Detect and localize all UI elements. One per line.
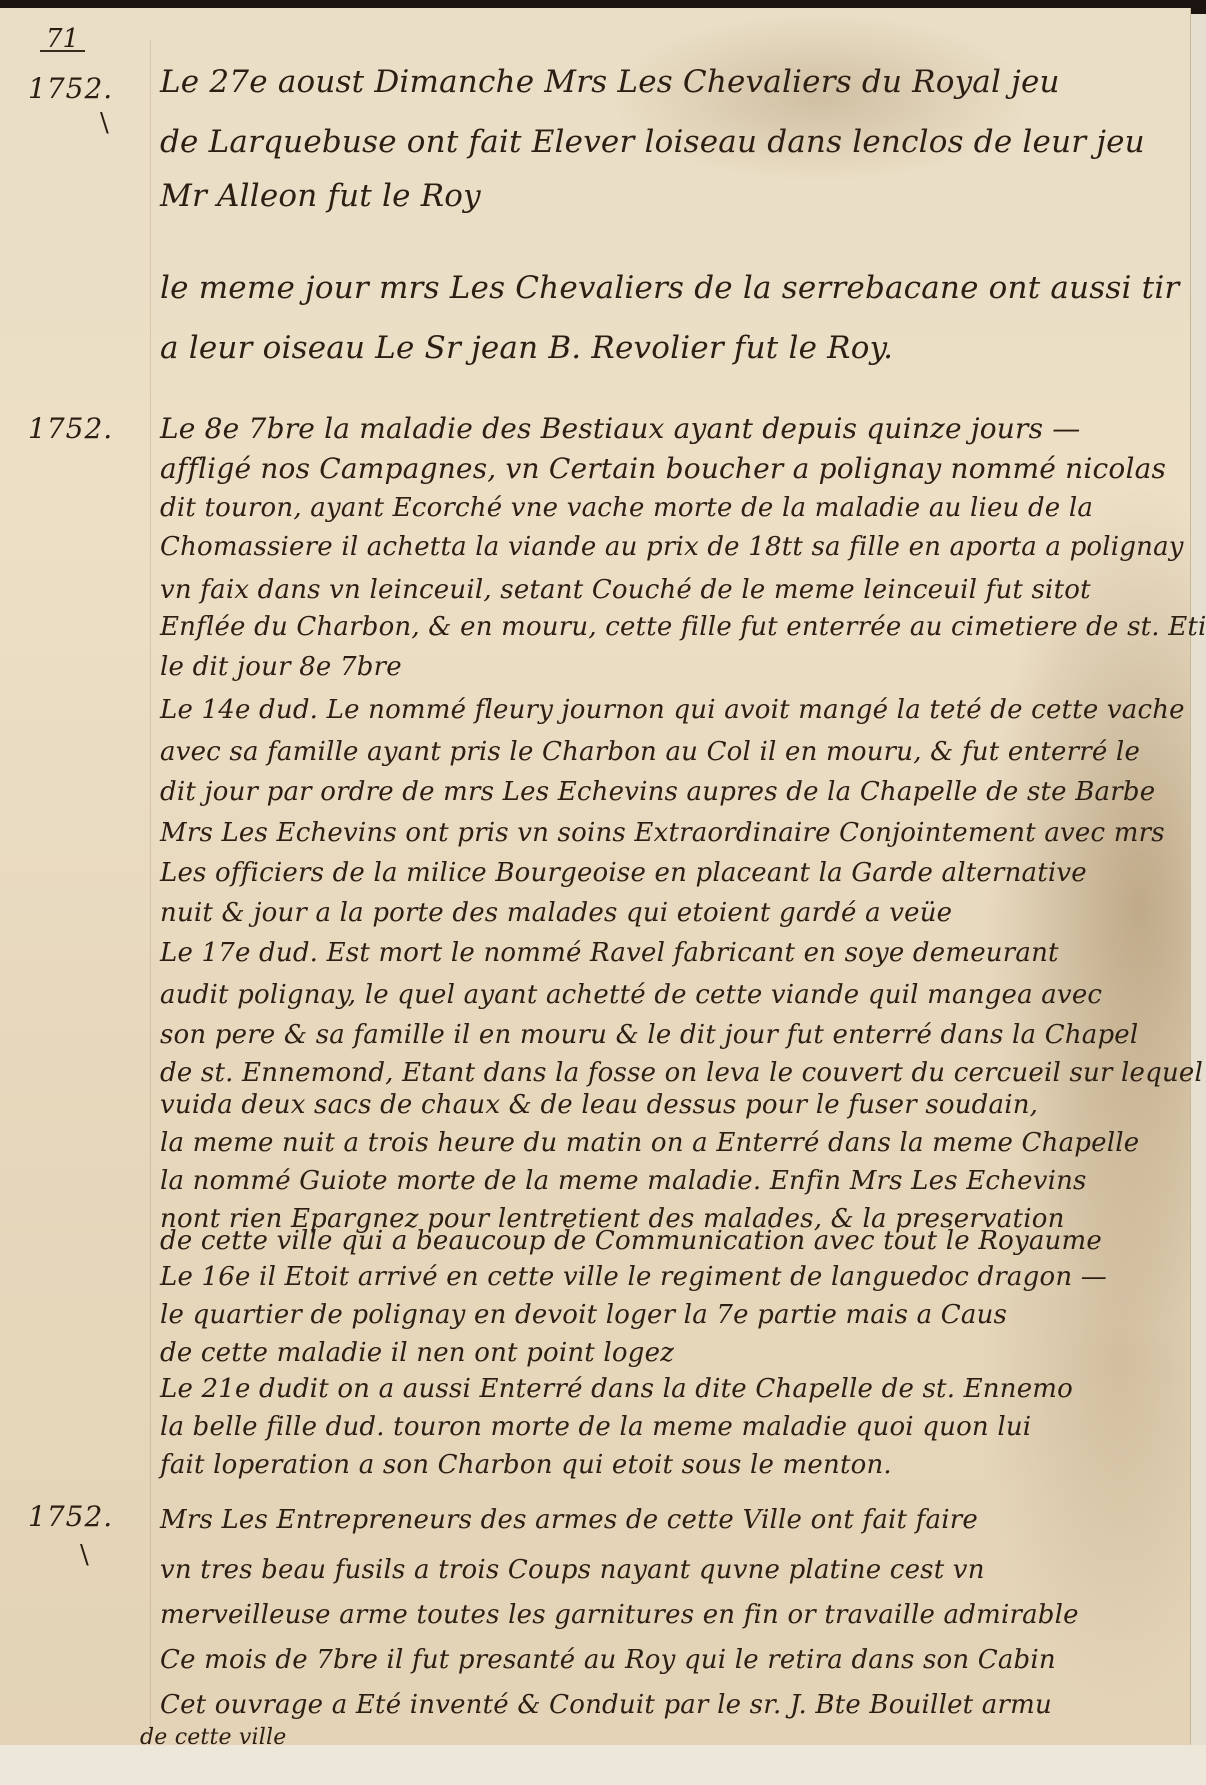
scan-bottom-background bbox=[0, 1745, 1206, 1785]
entry-line: de Larquebuse ont fait Elever loiseau da… bbox=[160, 124, 1145, 160]
entry-line: Enflée du Charbon, & en mouru, cette fil… bbox=[160, 612, 1206, 642]
entry-line: Cet ouvrage a Eté inventé & Conduit par … bbox=[160, 1690, 1052, 1720]
entry-line: Le 21e dudit on a aussi Enterré dans la … bbox=[160, 1374, 1073, 1404]
entry-line: merveilleuse arme toutes les garnitures … bbox=[160, 1600, 1079, 1630]
entry-line: Mrs Les Echevins ont pris vn soins Extra… bbox=[160, 818, 1165, 848]
entry-line: Les officiers de la milice Bourgeoise en… bbox=[160, 858, 1087, 888]
entry-line: de st. Ennemond, Etant dans la fosse on … bbox=[160, 1058, 1203, 1088]
entry-line: Chomassiere il achetta la viande au prix… bbox=[160, 532, 1184, 562]
entry-line: avec sa famille ayant pris le Charbon au… bbox=[160, 737, 1140, 767]
entry-line: Le 16e il Etoit arrivé en cette ville le… bbox=[160, 1262, 1107, 1292]
entry-line: de cette maladie il nen ont point logez bbox=[160, 1338, 674, 1368]
entry-year: 1752. bbox=[28, 1500, 113, 1533]
margin-tick-mark: \ bbox=[80, 1540, 89, 1570]
entry-line: Mrs Les Entrepreneurs des armes de cette… bbox=[160, 1505, 978, 1535]
entry-line: de cette ville bbox=[140, 1725, 287, 1750]
entry-line: de cette ville qui a beaucoup de Communi… bbox=[160, 1226, 1102, 1256]
entry-line: son pere & sa famille il en mouru & le d… bbox=[160, 1020, 1138, 1050]
entry-year: 1752. bbox=[28, 412, 113, 445]
entry-line: nuit & jour a la porte des malades qui e… bbox=[160, 898, 952, 928]
entry-line: Ce mois de 7bre il fut presanté au Roy q… bbox=[160, 1645, 1056, 1675]
entry-line: Le 17e dud. Est mort le nommé Ravel fabr… bbox=[160, 938, 1059, 968]
entry-line: la belle fille dud. touron morte de la m… bbox=[160, 1412, 1031, 1442]
entry-line: la meme nuit a trois heure du matin on a… bbox=[160, 1128, 1139, 1158]
entry-line: vn faix dans vn leinceuil, setant Couché… bbox=[160, 575, 1091, 605]
folio-number: 71 bbox=[40, 28, 85, 52]
entry-line: dit touron, ayant Ecorché vne vache mort… bbox=[160, 493, 1093, 523]
entry-line: le dit jour 8e 7bre bbox=[160, 652, 402, 682]
entry-line: affligé nos Campagnes, vn Certain bouche… bbox=[160, 452, 1166, 485]
entry-line: fait loperation a son Charbon qui etoit … bbox=[160, 1450, 892, 1480]
margin-tick-mark: \ bbox=[100, 108, 109, 138]
entry-line: la nommé Guiote morte de la meme maladie… bbox=[160, 1166, 1087, 1196]
entry-line: Le 27e aoust Dimanche Mrs Les Chevaliers… bbox=[160, 64, 1060, 100]
entry-line: vuida deux sacs de chaux & de leau dessu… bbox=[160, 1090, 1038, 1120]
entry-year: 1752. bbox=[28, 72, 113, 105]
margin-rule bbox=[150, 40, 151, 1740]
entry-line: Le 14e dud. Le nommé fleury journon qui … bbox=[160, 695, 1185, 725]
entry-line: dit jour par ordre de mrs Les Echevins a… bbox=[160, 777, 1155, 807]
entry-line: le meme jour mrs Les Chevaliers de la se… bbox=[160, 270, 1179, 306]
entry-line: a leur oiseau Le Sr jean B. Revolier fut… bbox=[160, 330, 893, 366]
entry-line: Mr Alleon fut le Roy bbox=[160, 178, 481, 214]
entry-line: le quartier de polignay en devoit loger … bbox=[160, 1300, 1007, 1330]
entry-line: Le 8e 7bre la maladie des Bestiaux ayant… bbox=[160, 412, 1081, 445]
entry-line: audit polignay, le quel ayant achetté de… bbox=[160, 980, 1102, 1010]
entry-line: vn tres beau fusils a trois Coups nayant… bbox=[160, 1555, 985, 1585]
